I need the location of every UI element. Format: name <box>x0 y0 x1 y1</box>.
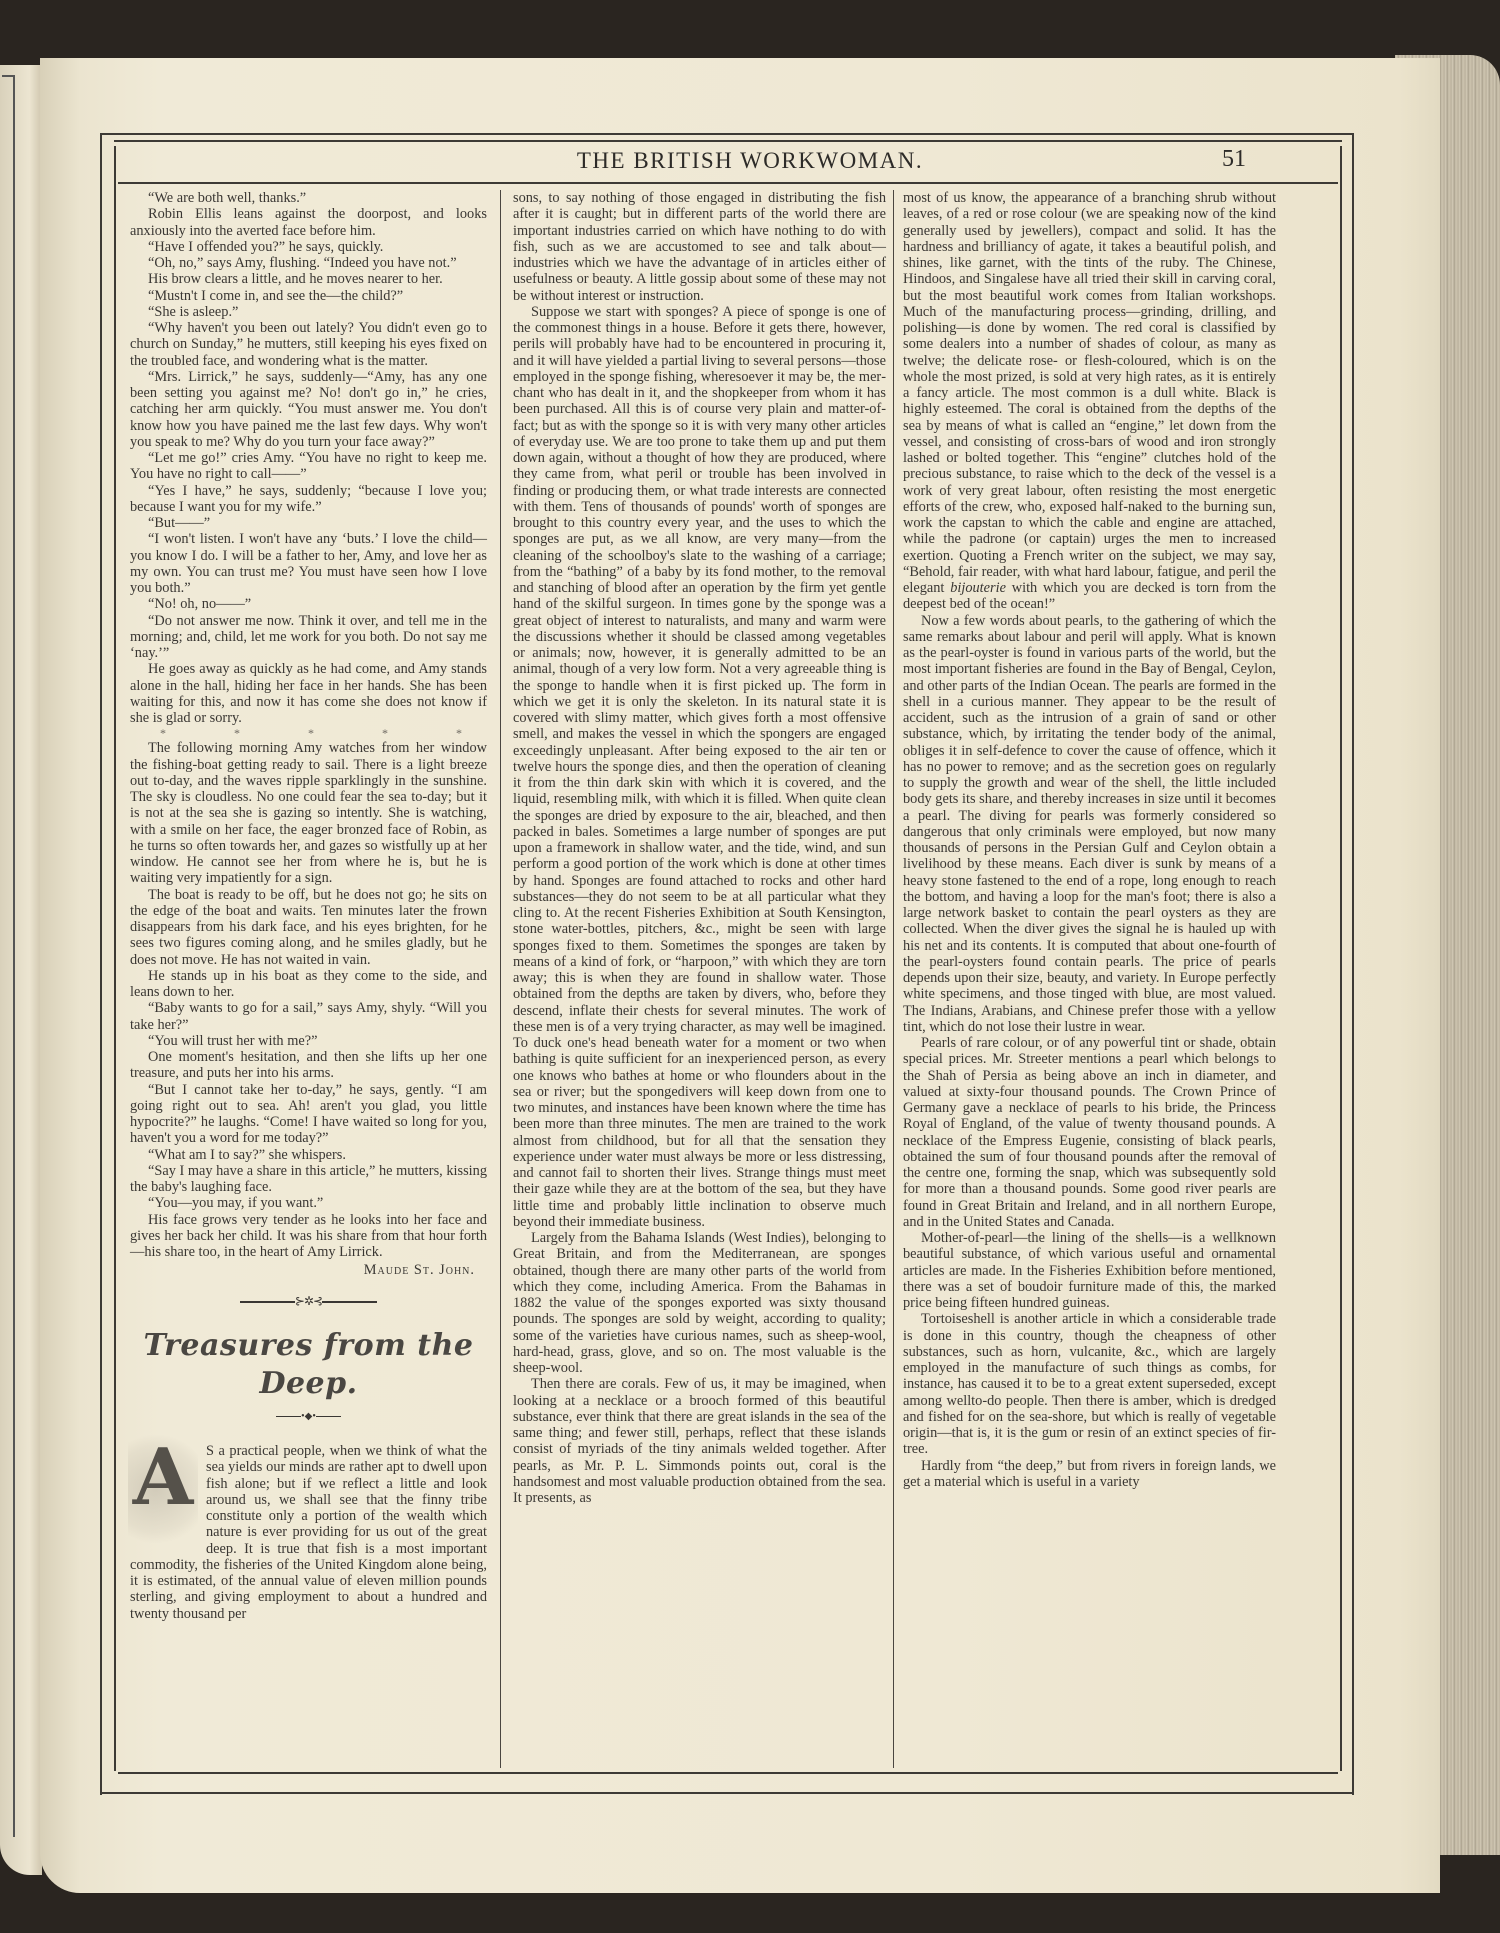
column-1: “We are both well, thanks.”Robin Ellis l… <box>130 190 487 1622</box>
paragraph: “What am I to say?” she whispers. <box>130 1147 487 1163</box>
illuminated-dropcap: A <box>128 1423 198 1543</box>
paragraph: Robin Ellis leans against the doorpost, … <box>130 206 487 239</box>
paragraph: He goes away as quickly as he had come, … <box>130 661 487 726</box>
paragraph: “Baby wants to go for a sail,” says Amy,… <box>130 1000 487 1033</box>
paragraph: Largely from the Bahama Islands (West In… <box>513 1230 886 1376</box>
top-rule <box>114 140 1342 142</box>
paragraph: The boat is ready to be off, but he does… <box>130 887 487 968</box>
column-divider-2 <box>893 190 894 1768</box>
flourish-icon: ⊱✲⊰ <box>295 1294 322 1308</box>
column-2: sons, to say nothing of those engaged in… <box>513 190 886 1506</box>
paragraph: “But I cannot take her to-day,” he says,… <box>130 1082 487 1147</box>
article-text: Now a few words about pearls, to the gat… <box>903 613 1276 1491</box>
paragraph: “Have I offended you?” he says, quickly. <box>130 239 487 255</box>
paragraph: “Say I may have a share in this article,… <box>130 1163 487 1196</box>
paragraph: “Mustn't I come in, and see the—the chil… <box>130 288 487 304</box>
coral-text: most of us know, the appearance of a bra… <box>903 190 1276 596</box>
diamond-ornament-icon: •◆• <box>301 1411 316 1422</box>
paragraph: The following morning Amy watches from h… <box>130 740 487 886</box>
paragraph: sons, to say nothing of those engaged in… <box>513 190 886 304</box>
header-rule <box>118 182 1338 184</box>
paragraph: “We are both well, thanks.” <box>130 190 487 206</box>
paragraph: Pearls of rare colour, or of any powerfu… <box>903 1035 1276 1230</box>
paragraph: “Do not answer me now. Think it over, an… <box>130 613 487 662</box>
paragraph: Suppose we start with sponges? A piece o… <box>513 304 886 1230</box>
article-opening: A S a practical people, when we think of… <box>130 1443 487 1622</box>
column-3: most of us know, the appearance of a bra… <box>903 190 1276 1490</box>
article-title: Treasures from the Deep. <box>130 1327 487 1403</box>
paragraph-coral: most of us know, the appearance of a bra… <box>903 190 1276 613</box>
bottom-outer-rule <box>100 1792 1352 1794</box>
bottom-inner-rule <box>118 1772 1338 1774</box>
italic-word: bijouterie <box>950 580 1006 596</box>
asterisk: * <box>234 726 240 740</box>
decorative-divider: ⊱✲⊰ <box>130 1293 487 1309</box>
paragraph: “Mrs. Lirrick,” he says, suddenly—“Amy, … <box>130 369 487 450</box>
paragraph: “She is asleep.” <box>130 304 487 320</box>
page-number: 51 <box>1222 146 1246 173</box>
section-break: * * * * * <box>130 726 487 740</box>
story-text-continued: The following morning Amy watches from h… <box>130 740 487 1260</box>
article-text: sons, to say nothing of those engaged in… <box>513 190 886 1506</box>
paragraph: “Oh, no,” says Amy, flushing. “Indeed yo… <box>130 255 487 271</box>
paragraph: “Yes I have,” he says, suddenly; “becaus… <box>130 483 487 516</box>
paragraph: Now a few words about pearls, to the gat… <box>903 613 1276 1036</box>
paragraph: His face grows very tender as he looks i… <box>130 1212 487 1261</box>
paragraph: “No! oh, no——” <box>130 596 487 612</box>
paragraph: One moment's hesitation, and then she li… <box>130 1049 487 1082</box>
asterisk: * <box>308 726 314 740</box>
asterisk: * <box>382 726 388 740</box>
paragraph: “You will trust her with me?” <box>130 1033 487 1049</box>
paragraph: “Why haven't you been out lately? You di… <box>130 320 487 369</box>
paragraph: “I won't listen. I won't have any ‘buts.… <box>130 531 487 596</box>
paragraph: He stands up in his boat as they come to… <box>130 968 487 1001</box>
asterisk: * <box>456 726 462 740</box>
previous-page-edge <box>0 65 42 1875</box>
paragraph: Mother-of-pearl—the lining of the shells… <box>903 1230 1276 1311</box>
asterisk: * <box>160 726 166 740</box>
paragraph: Then there are corals. Few of us, it may… <box>513 1376 886 1506</box>
previous-page-frame <box>2 75 15 1837</box>
story-text: “We are both well, thanks.”Robin Ellis l… <box>130 190 487 726</box>
paragraph: Hardly from “the deep,” but from rivers … <box>903 1458 1276 1491</box>
paragraph: “But——” <box>130 515 487 531</box>
paragraph: “Let me go!” cries Amy. “You have no rig… <box>130 450 487 483</box>
column-divider-1 <box>500 190 501 1768</box>
paragraph: “You—you may, if you want.” <box>130 1195 487 1211</box>
paragraph: Tortoiseshell is another article in whic… <box>903 1311 1276 1457</box>
paragraph: His brow clears a little, and he moves n… <box>130 271 487 287</box>
publication-title: THE BRITISH WORKWOMAN. <box>0 148 1500 174</box>
author-signature: Maude St. John. <box>130 1262 487 1278</box>
